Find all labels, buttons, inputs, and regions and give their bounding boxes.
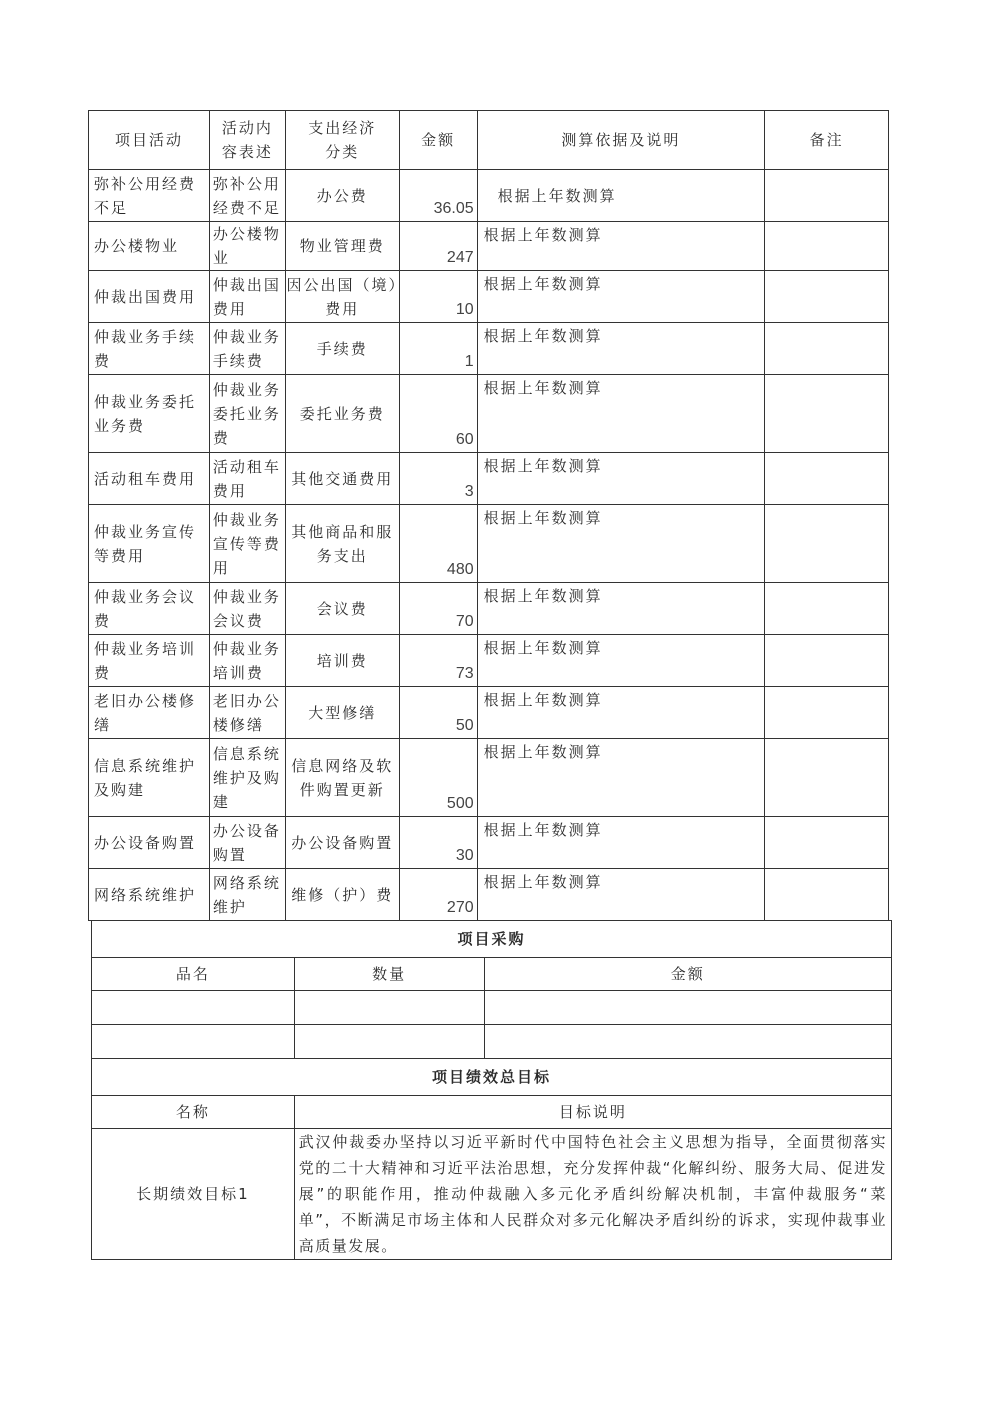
budget-row: 仲裁业务手续费仲裁业务手续费手续费1根据上年数测算 [89, 323, 889, 375]
category-cell: 因公出国（境）费用 [285, 271, 399, 323]
procurement-cell-name [92, 991, 295, 1025]
category-cell: 其他交通费用 [285, 453, 399, 505]
basis-cell: 根据上年数测算 [477, 323, 765, 375]
basis-cell: 根据上年数测算 [477, 869, 765, 921]
description-cell: 仲裁业务手续费 [209, 323, 285, 375]
budget-row: 仲裁出国费用仲裁出国费用因公出国（境）费用10根据上年数测算 [89, 271, 889, 323]
procurement-cell-name [92, 1025, 295, 1059]
procurement-header-amount: 金额 [484, 958, 892, 991]
description-cell: 仲裁业务会议费 [209, 583, 285, 635]
basis-cell: 根据上年数测算 [477, 817, 765, 869]
procurement-cell-amount [484, 1025, 892, 1059]
budget-row: 仲裁业务宣传等费用仲裁业务宣传等费用其他商品和服务支出480根据上年数测算 [89, 505, 889, 583]
procurement-title: 项目采购 [92, 921, 892, 958]
basis-cell: 根据上年数测算 [477, 453, 765, 505]
budget-row: 老旧办公楼修缮老旧办公楼修缮大型修缮50根据上年数测算 [89, 687, 889, 739]
basis-cell: 根据上年数测算 [477, 583, 765, 635]
category-cell: 委托业务费 [285, 375, 399, 453]
activity-cell: 仲裁业务宣传等费用 [89, 505, 210, 583]
procurement-cell-quantity [294, 991, 484, 1025]
basis-cell: 根据上年数测算 [477, 222, 765, 271]
description-cell: 弥补公用经费不足 [209, 170, 285, 222]
category-cell: 手续费 [285, 323, 399, 375]
amount-cell: 270 [399, 869, 477, 921]
description-cell: 信息系统维护及购建 [209, 739, 285, 817]
activity-cell: 弥补公用经费不足 [89, 170, 210, 222]
remark-cell [765, 505, 889, 583]
description-cell: 活动租车费用 [209, 453, 285, 505]
amount-cell: 60 [399, 375, 477, 453]
description-cell: 仲裁业务宣传等费用 [209, 505, 285, 583]
budget-row: 弥补公用经费不足弥补公用经费不足办公费36.05根据上年数测算 [89, 170, 889, 222]
remark-cell [765, 271, 889, 323]
remark-cell [765, 739, 889, 817]
performance-header-name: 名称 [92, 1096, 295, 1129]
budget-table-header: 项目活动 活动内容表述 支出经济分类 金额 测算依据及说明 备注 [89, 111, 889, 170]
category-cell: 办公费 [285, 170, 399, 222]
amount-cell: 1 [399, 323, 477, 375]
procurement-performance-table: 项目采购 品名 数量 金额 项目绩效总目标 名称 目标说明 长期绩效目标1 武汉… [91, 920, 892, 1260]
activity-cell: 信息系统维护及购建 [89, 739, 210, 817]
procurement-row [92, 1025, 892, 1059]
activity-cell: 网络系统维护 [89, 869, 210, 921]
document-page: 项目活动 活动内容表述 支出经济分类 金额 测算依据及说明 备注 弥补公用经费不… [0, 0, 1000, 1413]
amount-cell: 500 [399, 739, 477, 817]
amount-cell: 70 [399, 583, 477, 635]
description-cell: 仲裁业务培训费 [209, 635, 285, 687]
remark-cell [765, 453, 889, 505]
activity-cell: 仲裁出国费用 [89, 271, 210, 323]
description-cell: 办公楼物业 [209, 222, 285, 271]
amount-cell: 36.05 [399, 170, 477, 222]
performance-title: 项目绩效总目标 [92, 1059, 892, 1096]
amount-cell: 480 [399, 505, 477, 583]
description-cell: 老旧办公楼修缮 [209, 687, 285, 739]
goal-text: 武汉仲裁委办坚持以习近平新时代中国特色社会主义思想为指导，全面贯彻落实党的二十大… [294, 1129, 891, 1260]
remark-cell [765, 869, 889, 921]
basis-cell: 根据上年数测算 [477, 271, 765, 323]
category-cell: 会议费 [285, 583, 399, 635]
amount-cell: 30 [399, 817, 477, 869]
basis-cell: 根据上年数测算 [477, 635, 765, 687]
category-cell: 培训费 [285, 635, 399, 687]
activity-cell: 仲裁业务会议费 [89, 583, 210, 635]
budget-row: 网络系统维护网络系统维护维修（护）费270根据上年数测算 [89, 869, 889, 921]
performance-goal-row: 长期绩效目标1 武汉仲裁委办坚持以习近平新时代中国特色社会主义思想为指导，全面贯… [92, 1129, 892, 1260]
activity-cell: 仲裁业务委托业务费 [89, 375, 210, 453]
budget-row: 仲裁业务培训费仲裁业务培训费培训费73根据上年数测算 [89, 635, 889, 687]
remark-cell [765, 817, 889, 869]
remark-cell [765, 687, 889, 739]
category-cell: 信息网络及软件购置更新 [285, 739, 399, 817]
procurement-header-name: 品名 [92, 958, 295, 991]
header-basis: 测算依据及说明 [477, 111, 765, 170]
activity-cell: 仲裁业务手续费 [89, 323, 210, 375]
activity-cell: 活动租车费用 [89, 453, 210, 505]
activity-cell: 老旧办公楼修缮 [89, 687, 210, 739]
goal-name: 长期绩效目标1 [92, 1129, 295, 1260]
budget-table-body: 弥补公用经费不足弥补公用经费不足办公费36.05根据上年数测算办公楼物业办公楼物… [89, 170, 889, 921]
header-remark: 备注 [765, 111, 889, 170]
procurement-cell-amount [484, 991, 892, 1025]
performance-header-text: 目标说明 [294, 1096, 891, 1129]
basis-cell: 根据上年数测算 [477, 505, 765, 583]
basis-cell: 根据上年数测算 [477, 375, 765, 453]
budget-row: 仲裁业务会议费仲裁业务会议费会议费70根据上年数测算 [89, 583, 889, 635]
procurement-row [92, 991, 892, 1025]
activity-cell: 仲裁业务培训费 [89, 635, 210, 687]
budget-row: 办公设备购置办公设备购置办公设备购置30根据上年数测算 [89, 817, 889, 869]
amount-cell: 73 [399, 635, 477, 687]
budget-row: 信息系统维护及购建信息系统维护及购建信息网络及软件购置更新500根据上年数测算 [89, 739, 889, 817]
header-category: 支出经济分类 [285, 111, 399, 170]
remark-cell [765, 222, 889, 271]
remark-cell [765, 583, 889, 635]
budget-row: 仲裁业务委托业务费仲裁业务委托业务费委托业务费60根据上年数测算 [89, 375, 889, 453]
amount-cell: 247 [399, 222, 477, 271]
category-cell: 物业管理费 [285, 222, 399, 271]
activity-cell: 办公楼物业 [89, 222, 210, 271]
budget-table: 项目活动 活动内容表述 支出经济分类 金额 测算依据及说明 备注 弥补公用经费不… [88, 110, 889, 921]
basis-cell: 根据上年数测算 [477, 170, 765, 222]
category-cell: 大型修缮 [285, 687, 399, 739]
budget-row: 办公楼物业办公楼物业物业管理费247根据上年数测算 [89, 222, 889, 271]
category-cell: 其他商品和服务支出 [285, 505, 399, 583]
header-description: 活动内容表述 [209, 111, 285, 170]
remark-cell [765, 323, 889, 375]
procurement-cell-quantity [294, 1025, 484, 1059]
description-cell: 办公设备购置 [209, 817, 285, 869]
category-cell: 办公设备购置 [285, 817, 399, 869]
description-cell: 仲裁出国费用 [209, 271, 285, 323]
amount-cell: 3 [399, 453, 477, 505]
description-cell: 仲裁业务委托业务费 [209, 375, 285, 453]
category-cell: 维修（护）费 [285, 869, 399, 921]
header-amount: 金额 [399, 111, 477, 170]
header-activity: 项目活动 [89, 111, 210, 170]
amount-cell: 50 [399, 687, 477, 739]
remark-cell [765, 170, 889, 222]
remark-cell [765, 635, 889, 687]
budget-row: 活动租车费用活动租车费用其他交通费用3根据上年数测算 [89, 453, 889, 505]
remark-cell [765, 375, 889, 453]
procurement-header-quantity: 数量 [294, 958, 484, 991]
activity-cell: 办公设备购置 [89, 817, 210, 869]
description-cell: 网络系统维护 [209, 869, 285, 921]
basis-cell: 根据上年数测算 [477, 687, 765, 739]
basis-cell: 根据上年数测算 [477, 739, 765, 817]
amount-cell: 10 [399, 271, 477, 323]
